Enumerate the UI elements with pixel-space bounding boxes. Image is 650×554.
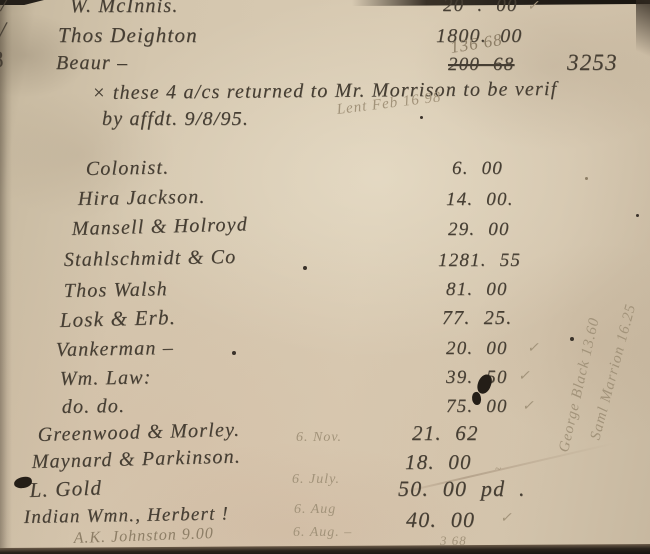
check-mark: ✓ [500,510,512,527]
entry-amount: 40. 00 [406,507,475,533]
entry-name: Maynard & Parkinson. [31,446,241,474]
entry-amount: 21. 62 [412,421,479,446]
note-line: by affdt. 9/8/95. [102,108,249,131]
pencil-note: A.K. Johnston 9.00 [73,525,214,548]
margin-mark: 1⁄ [0,0,9,18]
entry-name: Thos Deighton [58,23,198,48]
entry-name: L. Gold [29,475,102,503]
entry-amount: 14. 00. [446,189,514,211]
check-mark: ✓ [527,0,539,15]
entry-amount: 81. 00 [446,279,508,301]
entry-name: Vankerman – [56,337,175,362]
entry-name: Stahlschmidt & Co [64,246,237,272]
ink-speck [303,266,307,270]
entry-name: Hira Jackson. [78,186,206,211]
pencil-speck [585,177,588,180]
entry-amount: 6. 00 [452,158,503,180]
pencil-date: 6. Nov. [296,430,342,446]
pencil-sub-amount: 3 68 [440,533,467,549]
entry-name: do. do. [62,395,126,419]
entry-amount: 1281. 55 [438,250,521,272]
entry-name: Wm. Law: [60,366,152,391]
entry-amount: 50. 00 pd . [398,476,526,502]
photo-edge-corner [636,0,650,70]
ink-speck [570,337,574,341]
pencil-mark: ~ [495,463,502,475]
pencil-date: 6. Aug [294,502,336,518]
entry-name: Greenwood & Morley. [37,419,240,447]
entry-amount: 20. 00 [446,338,508,360]
ink-speck [420,116,423,119]
amount-total: 3253 [567,50,618,76]
entry-amount: 77. 25. [442,307,512,330]
ink-speck [636,214,639,217]
pencil-date: 6. July. [292,472,340,488]
check-mark: ✓ [518,368,530,385]
check-mark: ✓ [527,340,539,357]
entry-name: Thos Walsh [64,278,168,303]
entry-name: Mansell & Holroyd [71,213,248,241]
check-mark: ✓ [522,398,534,415]
entry-name: Colonist. [86,157,170,181]
page-edge-left [0,0,12,554]
entry-amount: 29. 00 [448,219,510,241]
entry-name: Beaur – [56,52,128,75]
amount-struck: 200 68 [448,54,514,76]
entry-amount: 18. 00 [405,450,472,475]
note-line: × these 4 a/cs returned to Mr. Morrison … [92,78,558,105]
ink-speck [232,351,236,355]
entry-amount: 20 . 00 [443,0,518,17]
entry-name: W. McInnis. [70,0,179,18]
entry-name: Losk & Erb. [59,305,176,333]
ledger-page: 1⁄ 2⁄ 8 W. McInnis. 20 . 00 ✓ Thos Deigh… [0,0,650,554]
pencil-date: 6. Aug. – [293,525,352,541]
